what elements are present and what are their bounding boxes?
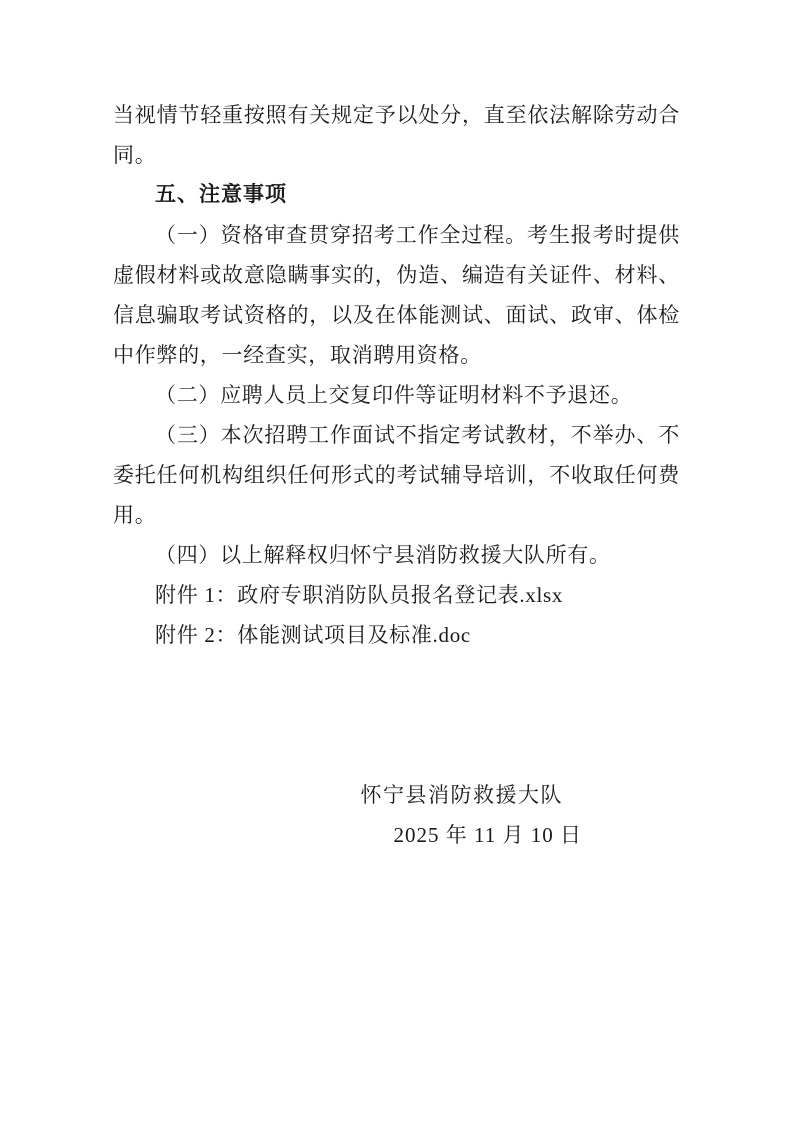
document-page: 当视情节轻重按照有关规定予以处分，直至依法解除劳动合同。 五、注意事项 （一）资… bbox=[0, 0, 793, 1122]
section-heading: 五、注意事项 bbox=[113, 175, 680, 215]
notice-item-4: （四）以上解释权归怀宁县消防救援大队所有。 bbox=[113, 535, 680, 575]
continuation-paragraph: 当视情节轻重按照有关规定予以处分，直至依法解除劳动合同。 bbox=[113, 95, 680, 175]
notice-item-1: （一）资格审查贯穿招考工作全过程。考生报考时提供虚假材料或故意隐瞒事实的，伪造、… bbox=[113, 215, 680, 375]
notice-item-3: （三）本次招聘工作面试不指定考试教材，不举办、不委托任何机构组织任何形式的考试辅… bbox=[113, 415, 680, 535]
attachment-2-label: 附件 2：体能测试项目及标准.doc bbox=[113, 615, 680, 655]
signature-date: 2025 年 11 月 10 日 bbox=[113, 815, 680, 855]
notice-item-2: （二）应聘人员上交复印件等证明材料不予退还。 bbox=[113, 375, 680, 415]
attachment-1-label: 附件 1：政府专职消防队员报名登记表.xlsx bbox=[113, 575, 680, 615]
document-content: 当视情节轻重按照有关规定予以处分，直至依法解除劳动合同。 五、注意事项 （一）资… bbox=[113, 95, 680, 855]
signature-block: 怀宁县消防救援大队 2025 年 11 月 10 日 bbox=[113, 775, 680, 855]
signature-organization: 怀宁县消防救援大队 bbox=[113, 775, 680, 815]
